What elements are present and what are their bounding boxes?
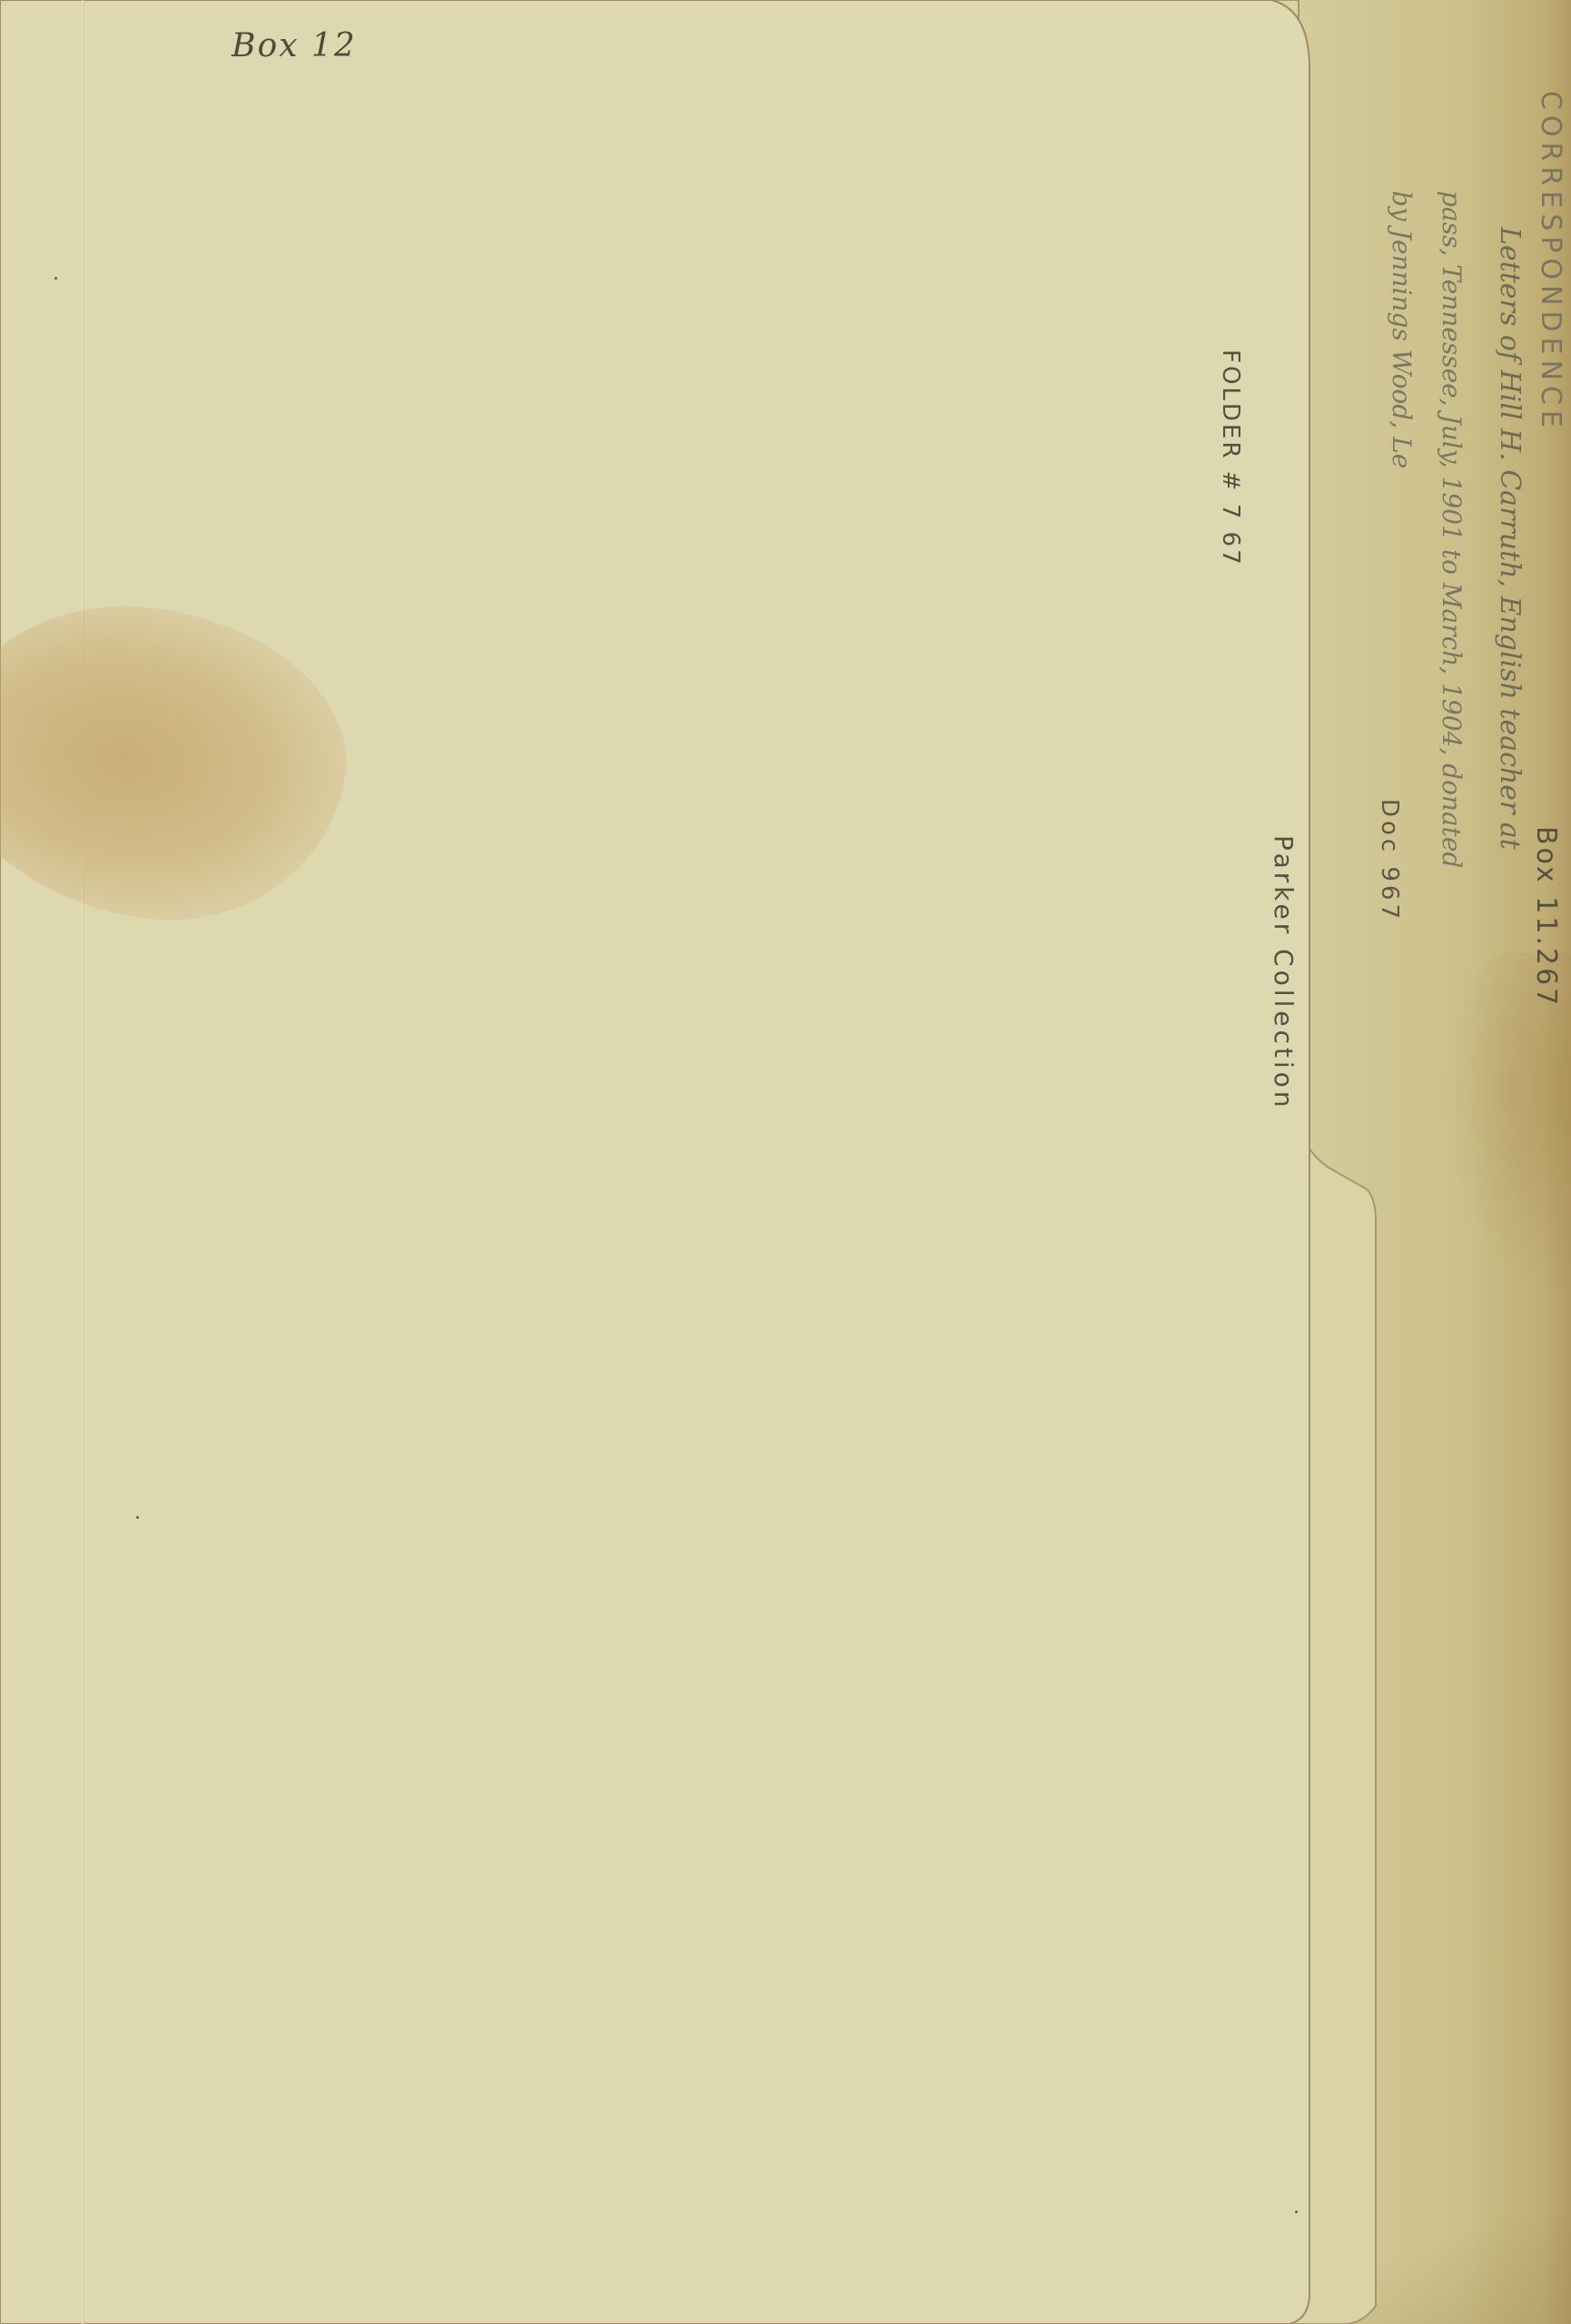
description-line-1: Letters of Hill H. Carruth, English teac… — [1494, 227, 1526, 850]
front-folder-panel — [0, 0, 1571, 2324]
folder-number: FOLDER # 7 67 — [1217, 350, 1244, 567]
speck — [54, 277, 57, 280]
description-line-3: by Jennings Wood, Le — [1387, 191, 1417, 468]
box-label: Box 12 — [232, 27, 357, 64]
speck — [136, 1516, 139, 1519]
left-fold-crease — [82, 0, 84, 2324]
accession-number: Box 11.267 — [1530, 826, 1562, 1008]
description-line-2: pass, Tennessee, July, 1901 to March, 19… — [1437, 191, 1467, 868]
tab-heading: CORRESPONDENCE — [1535, 91, 1566, 433]
speck — [1295, 2211, 1298, 2213]
doc-number: Doc 967 — [1376, 799, 1403, 922]
collection-name: Parker Collection — [1269, 835, 1299, 1111]
